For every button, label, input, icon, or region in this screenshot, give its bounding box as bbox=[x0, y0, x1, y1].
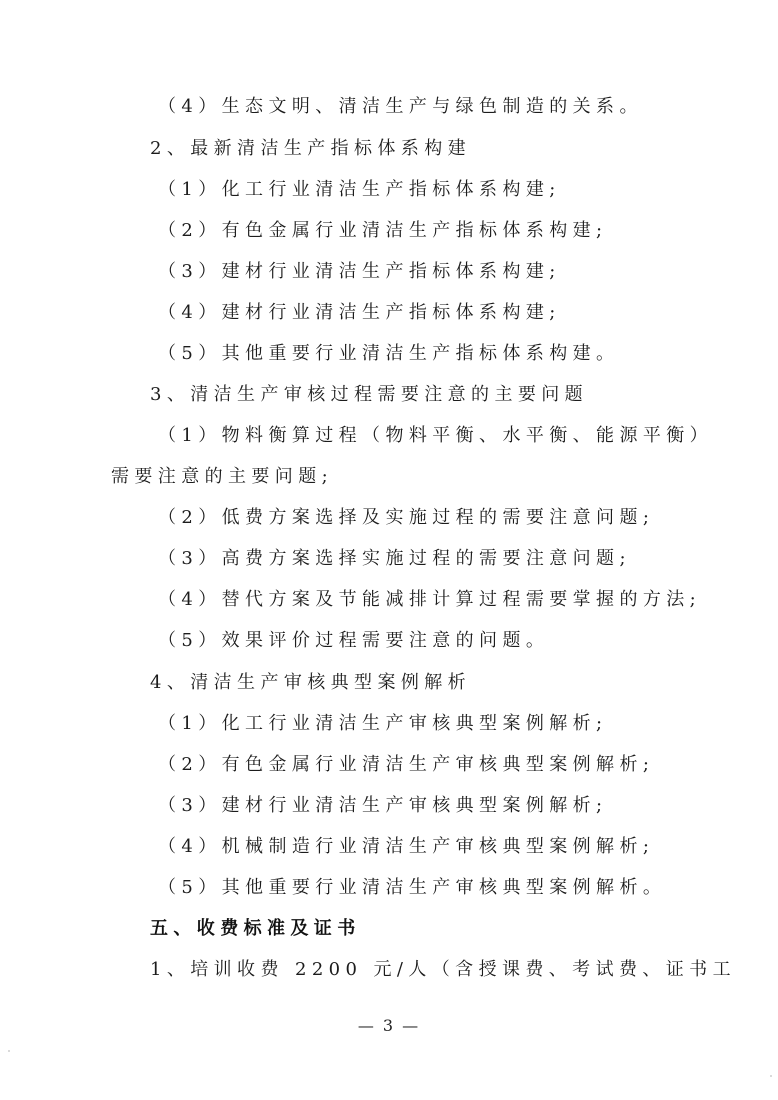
subsection-heading: 4、清洁生产审核典型案例解析 bbox=[150, 671, 471, 695]
scan-speck bbox=[770, 1075, 772, 1077]
list-item: （2）低费方案选择及实施过程的需要注意问题; bbox=[158, 506, 654, 530]
list-item: （3）建材行业清洁生产指标体系构建; bbox=[158, 260, 561, 284]
list-item: （5）其他重要行业清洁生产指标体系构建。 bbox=[158, 342, 619, 366]
list-item: （3）高费方案选择实施过程的需要注意问题; bbox=[158, 547, 631, 571]
list-item: （1）物料衡算过程（物料平衡、水平衡、能源平衡） bbox=[158, 424, 713, 448]
paragraph-line: 1、培训收费 2200 元/人（含授课费、考试费、证书工 bbox=[150, 958, 736, 982]
list-item: （4）机械制造行业清洁生产审核典型案例解析; bbox=[158, 835, 654, 859]
scan-speck bbox=[8, 1050, 10, 1052]
section-heading: 五、收费标准及证书 bbox=[150, 917, 361, 941]
subsection-heading: 2、最新清洁生产指标体系构建 bbox=[150, 137, 471, 161]
subsection-heading: 3、清洁生产审核过程需要注意的主要问题 bbox=[150, 383, 588, 407]
list-item: （2）有色金属行业清洁生产指标体系构建; bbox=[158, 219, 608, 243]
page-number: — 3 — bbox=[0, 1016, 778, 1035]
list-item: （5）其他重要行业清洁生产审核典型案例解析。 bbox=[158, 876, 666, 900]
list-item: （4）建材行业清洁生产指标体系构建; bbox=[158, 301, 561, 325]
list-item: （3）建材行业清洁生产审核典型案例解析; bbox=[158, 794, 608, 818]
list-item-continuation: 需要注意的主要问题; bbox=[111, 465, 333, 489]
list-item: （2）有色金属行业清洁生产审核典型案例解析; bbox=[158, 753, 654, 777]
list-item: （1）化工行业清洁生产指标体系构建; bbox=[158, 178, 561, 202]
list-item: （4）替代方案及节能减排计算过程需要掌握的方法; bbox=[158, 588, 701, 612]
document-page: （4）生态文明、清洁生产与绿色制造的关系。 2、最新清洁生产指标体系构建 （1）… bbox=[0, 0, 778, 1100]
list-item: （1）化工行业清洁生产审核典型案例解析; bbox=[158, 712, 608, 736]
list-item: （4）生态文明、清洁生产与绿色制造的关系。 bbox=[158, 95, 643, 119]
list-item: （5）效果评价过程需要注意的问题。 bbox=[158, 629, 549, 653]
